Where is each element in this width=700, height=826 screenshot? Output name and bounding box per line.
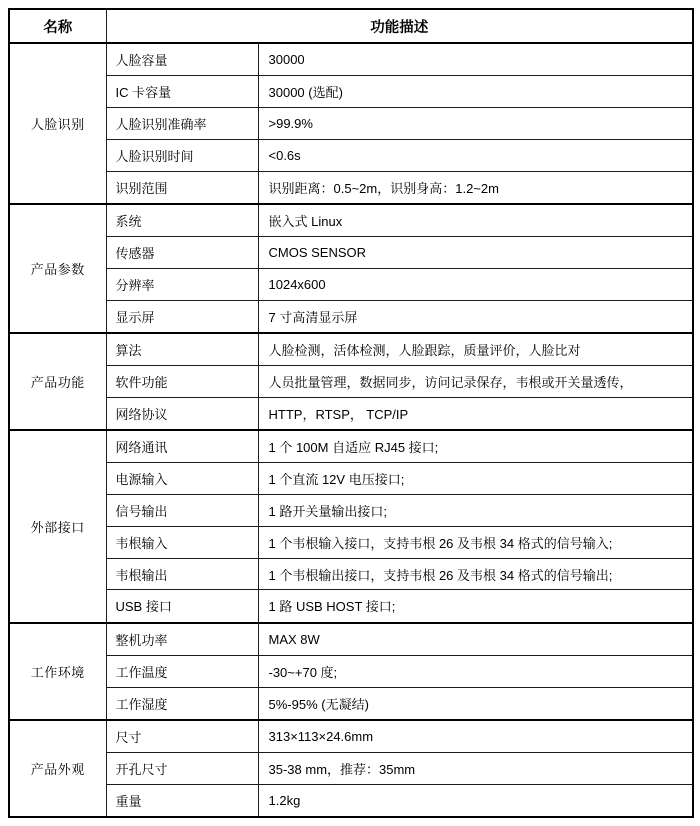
table-row: 开孔尺寸 35-38 mm，推荐：35mm — [9, 752, 693, 784]
spec-label: 工作温度 — [106, 655, 258, 687]
spec-value: HTTP，RTSP， TCP/IP — [258, 397, 693, 430]
category-cell-face-recognition: 人脸识别 — [9, 43, 106, 204]
spec-label: 系统 — [106, 204, 258, 237]
category-cell-product-parameters: 产品参数 — [9, 204, 106, 333]
spec-label: 电源输入 — [106, 463, 258, 495]
spec-value: 1 路 USB HOST 接口; — [258, 590, 693, 623]
spec-value: 1.2kg — [258, 784, 693, 817]
spec-value: -30~+70 度; — [258, 655, 693, 687]
spec-label: 网络通讯 — [106, 430, 258, 463]
spec-label: 显示屏 — [106, 300, 258, 333]
spec-label: 识别范围 — [106, 171, 258, 204]
table-row: 传感器 CMOS SENSOR — [9, 236, 693, 268]
table-row: USB 接口 1 路 USB HOST 接口; — [9, 590, 693, 623]
spec-value: 1 路开关量输出接口; — [258, 494, 693, 526]
spec-label: 韦根输出 — [106, 558, 258, 590]
spec-table: 名称 功能描述 人脸识别 人脸容量 30000 IC 卡容量 30000 (选配… — [8, 8, 694, 818]
spec-label: USB 接口 — [106, 590, 258, 623]
table-row: 重量 1.2kg — [9, 784, 693, 817]
category-cell-working-environment: 工作环境 — [9, 623, 106, 720]
spec-sheet-page: 名称 功能描述 人脸识别 人脸容量 30000 IC 卡容量 30000 (选配… — [0, 0, 700, 826]
spec-value: 1 个直流 12V 电压接口; — [258, 463, 693, 495]
spec-label: IC 卡容量 — [106, 76, 258, 108]
table-row: 韦根输出 1 个韦根输出接口，支持韦根 26 及韦根 34 格式的信号输出; — [9, 558, 693, 590]
table-row: IC 卡容量 30000 (选配) — [9, 76, 693, 108]
spec-value: <0.6s — [258, 139, 693, 171]
spec-value: 35-38 mm，推荐：35mm — [258, 752, 693, 784]
table-row: 识别范围 识别距离：0.5~2m，识别身高：1.2~2m — [9, 171, 693, 204]
header-name-column: 名称 — [9, 9, 106, 43]
spec-value: 人脸检测，活体检测，人脸跟踪，质量评价，人脸比对 — [258, 333, 693, 366]
table-row: 产品功能 算法 人脸检测，活体检测，人脸跟踪，质量评价，人脸比对 — [9, 333, 693, 366]
table-row: 工作温度 -30~+70 度; — [9, 655, 693, 687]
table-row: 外部接口 网络通讯 1 个 100M 自适应 RJ45 接口; — [9, 430, 693, 463]
spec-value: 嵌入式 Linux — [258, 204, 693, 237]
spec-value: CMOS SENSOR — [258, 236, 693, 268]
spec-value: 30000 (选配) — [258, 76, 693, 108]
table-row: 电源输入 1 个直流 12V 电压接口; — [9, 463, 693, 495]
spec-value: >99.9% — [258, 107, 693, 139]
spec-label: 韦根输入 — [106, 526, 258, 558]
spec-label: 重量 — [106, 784, 258, 817]
table-row: 韦根输入 1 个韦根输入接口，支持韦根 26 及韦根 34 格式的信号输入; — [9, 526, 693, 558]
spec-label: 开孔尺寸 — [106, 752, 258, 784]
spec-label: 传感器 — [106, 236, 258, 268]
table-row: 显示屏 7 寸高清显示屏 — [9, 300, 693, 333]
spec-label: 信号输出 — [106, 494, 258, 526]
spec-label: 网络协议 — [106, 397, 258, 430]
table-row: 工作环境 整机功率 MAX 8W — [9, 623, 693, 656]
table-row: 人脸识别 人脸容量 30000 — [9, 43, 693, 76]
spec-value: 识别距离：0.5~2m，识别身高：1.2~2m — [258, 171, 693, 204]
spec-label: 分辨率 — [106, 268, 258, 300]
spec-value: 1 个韦根输入接口，支持韦根 26 及韦根 34 格式的信号输入; — [258, 526, 693, 558]
spec-value: MAX 8W — [258, 623, 693, 656]
table-row: 工作湿度 5%-95% (无凝结) — [9, 687, 693, 720]
spec-value: 1 个 100M 自适应 RJ45 接口; — [258, 430, 693, 463]
table-row: 人脸识别时间 <0.6s — [9, 139, 693, 171]
spec-label: 人脸识别准确率 — [106, 107, 258, 139]
category-cell-product-functions: 产品功能 — [9, 333, 106, 430]
table-row: 软件功能 人员批量管理，数据同步，访问记录保存，韦根或开关量透传， — [9, 365, 693, 397]
table-header-row: 名称 功能描述 — [9, 9, 693, 43]
spec-value: 人员批量管理，数据同步，访问记录保存，韦根或开关量透传， — [258, 365, 693, 397]
spec-value: 313×113×24.6mm — [258, 720, 693, 753]
spec-value: 1 个韦根输出接口，支持韦根 26 及韦根 34 格式的信号输出; — [258, 558, 693, 590]
spec-label: 软件功能 — [106, 365, 258, 397]
spec-value: 7 寸高清显示屏 — [258, 300, 693, 333]
spec-label: 整机功率 — [106, 623, 258, 656]
table-row: 信号输出 1 路开关量输出接口; — [9, 494, 693, 526]
spec-value: 30000 — [258, 43, 693, 76]
table-row: 分辨率 1024x600 — [9, 268, 693, 300]
category-cell-product-appearance: 产品外观 — [9, 720, 106, 817]
spec-label: 工作湿度 — [106, 687, 258, 720]
spec-label: 人脸容量 — [106, 43, 258, 76]
spec-label: 算法 — [106, 333, 258, 366]
category-cell-external-interfaces: 外部接口 — [9, 430, 106, 623]
table-row: 产品参数 系统 嵌入式 Linux — [9, 204, 693, 237]
spec-label: 尺寸 — [106, 720, 258, 753]
header-description-column: 功能描述 — [106, 9, 693, 43]
spec-label: 人脸识别时间 — [106, 139, 258, 171]
table-row: 产品外观 尺寸 313×113×24.6mm — [9, 720, 693, 753]
table-row: 人脸识别准确率 >99.9% — [9, 107, 693, 139]
spec-value: 5%-95% (无凝结) — [258, 687, 693, 720]
spec-value: 1024x600 — [258, 268, 693, 300]
table-row: 网络协议 HTTP，RTSP， TCP/IP — [9, 397, 693, 430]
